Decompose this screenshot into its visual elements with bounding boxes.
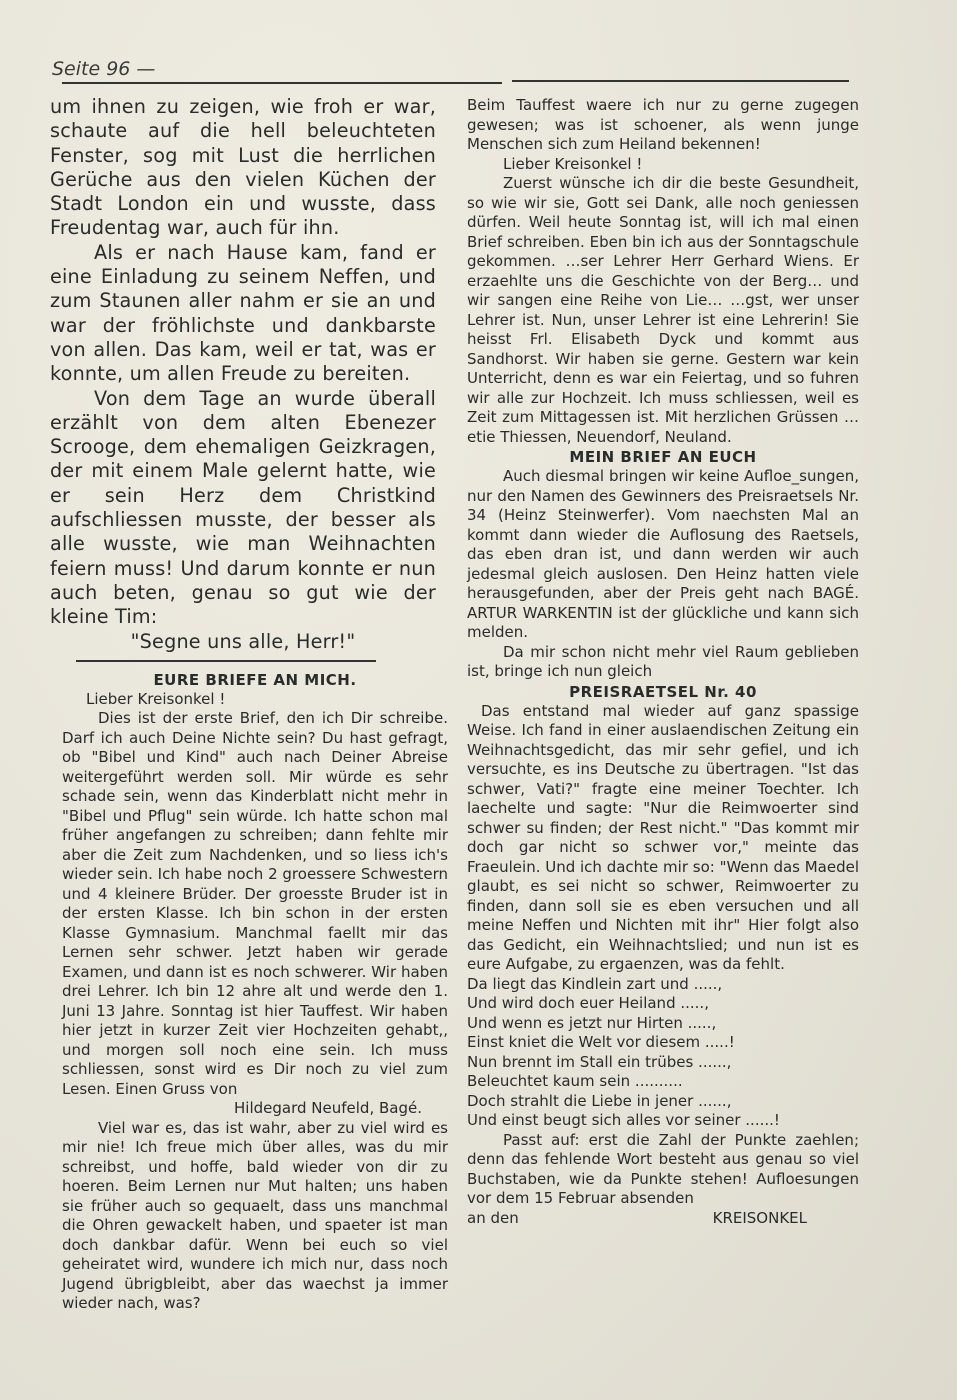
poem-line: Und wird doch euer Heiland ....., [467,994,859,1014]
story-paragraph: um ihnen zu zeigen, wie froh er war, sch… [50,95,436,241]
story-paragraph: Von dem Tage an wurde überall erzählt vo… [50,387,436,630]
poem-line: Beleuchtet kaum sein .......... [467,1072,859,1092]
closing-prefix: an den [467,1209,519,1229]
story-section: um ihnen zu zeigen, wie froh er war, sch… [50,95,436,654]
poem-line: Da liegt das Kindlein zart und ....., [467,975,859,995]
puzzle-heading: PREISRAETSEL Nr. 40 [467,682,859,702]
poem-line: Nun brennt im Stall ein trübes ......, [467,1053,859,1073]
mein-brief-heading: MEIN BRIEF AN EUCH [467,447,859,467]
letters-heading: EURE BRIEFE AN MICH. [62,670,448,690]
story-quote: "Segne uns alle, Herr!" [50,630,436,654]
puzzle-intro: Das entstand mal wieder auf ganz spassig… [467,702,859,975]
section-divider [76,660,376,662]
left-column: um ihnen zu zeigen, wie froh er war, sch… [50,95,436,1314]
poem-line: Einst kniet die Welt vor diesem .....! [467,1033,859,1053]
reply-paragraph: Viel war es, das ist wahr, aber zu viel … [62,1119,448,1314]
header-rule-right [512,80,849,82]
right-column: Beim Tauffest waere ich nur zu gerne zug… [467,96,859,1228]
poem: Da liegt das Kindlein zart und ....., Un… [467,975,859,1131]
mein-brief-body-2: Da mir schon nicht mehr viel Raum geblie… [467,643,859,682]
letter-body: Zuerst wünsche ich dir die beste Gesundh… [467,174,859,447]
letter-signature: Hildegard Neufeld, Bagé. [62,1099,448,1119]
letter-salutation: Lieber Kreisonkel ! [467,155,859,175]
closing-line: an den KREISONKEL [467,1209,859,1229]
story-paragraph: Als er nach Hause kam, fand er eine Einl… [50,241,436,387]
letter-body: Dies ist der erste Brief, den ich Dir sc… [62,709,448,1099]
mein-brief-body: Auch diesmal bringen wir keine Aufloe_su… [467,467,859,643]
letters-section: EURE BRIEFE AN MICH. Lieber Kreisonkel !… [62,670,448,1314]
poem-line: Und einst beugt sich alles vor seiner ..… [467,1111,859,1131]
poem-line: Doch strahlt die Liebe in jener ......, [467,1092,859,1112]
closing-signature: KREISONKEL [713,1209,807,1229]
poem-line: Und wenn es jetzt nur Hirten ....., [467,1014,859,1034]
page-number-header: Seite 96 — [52,58,155,80]
puzzle-instructions: Passt auf: erst die Zahl der Punkte zaeh… [467,1131,859,1209]
reply-continued: Beim Tauffest waere ich nur zu gerne zug… [467,96,859,155]
letter-salutation: Lieber Kreisonkel ! [62,690,448,710]
header-rule-left [62,82,502,84]
